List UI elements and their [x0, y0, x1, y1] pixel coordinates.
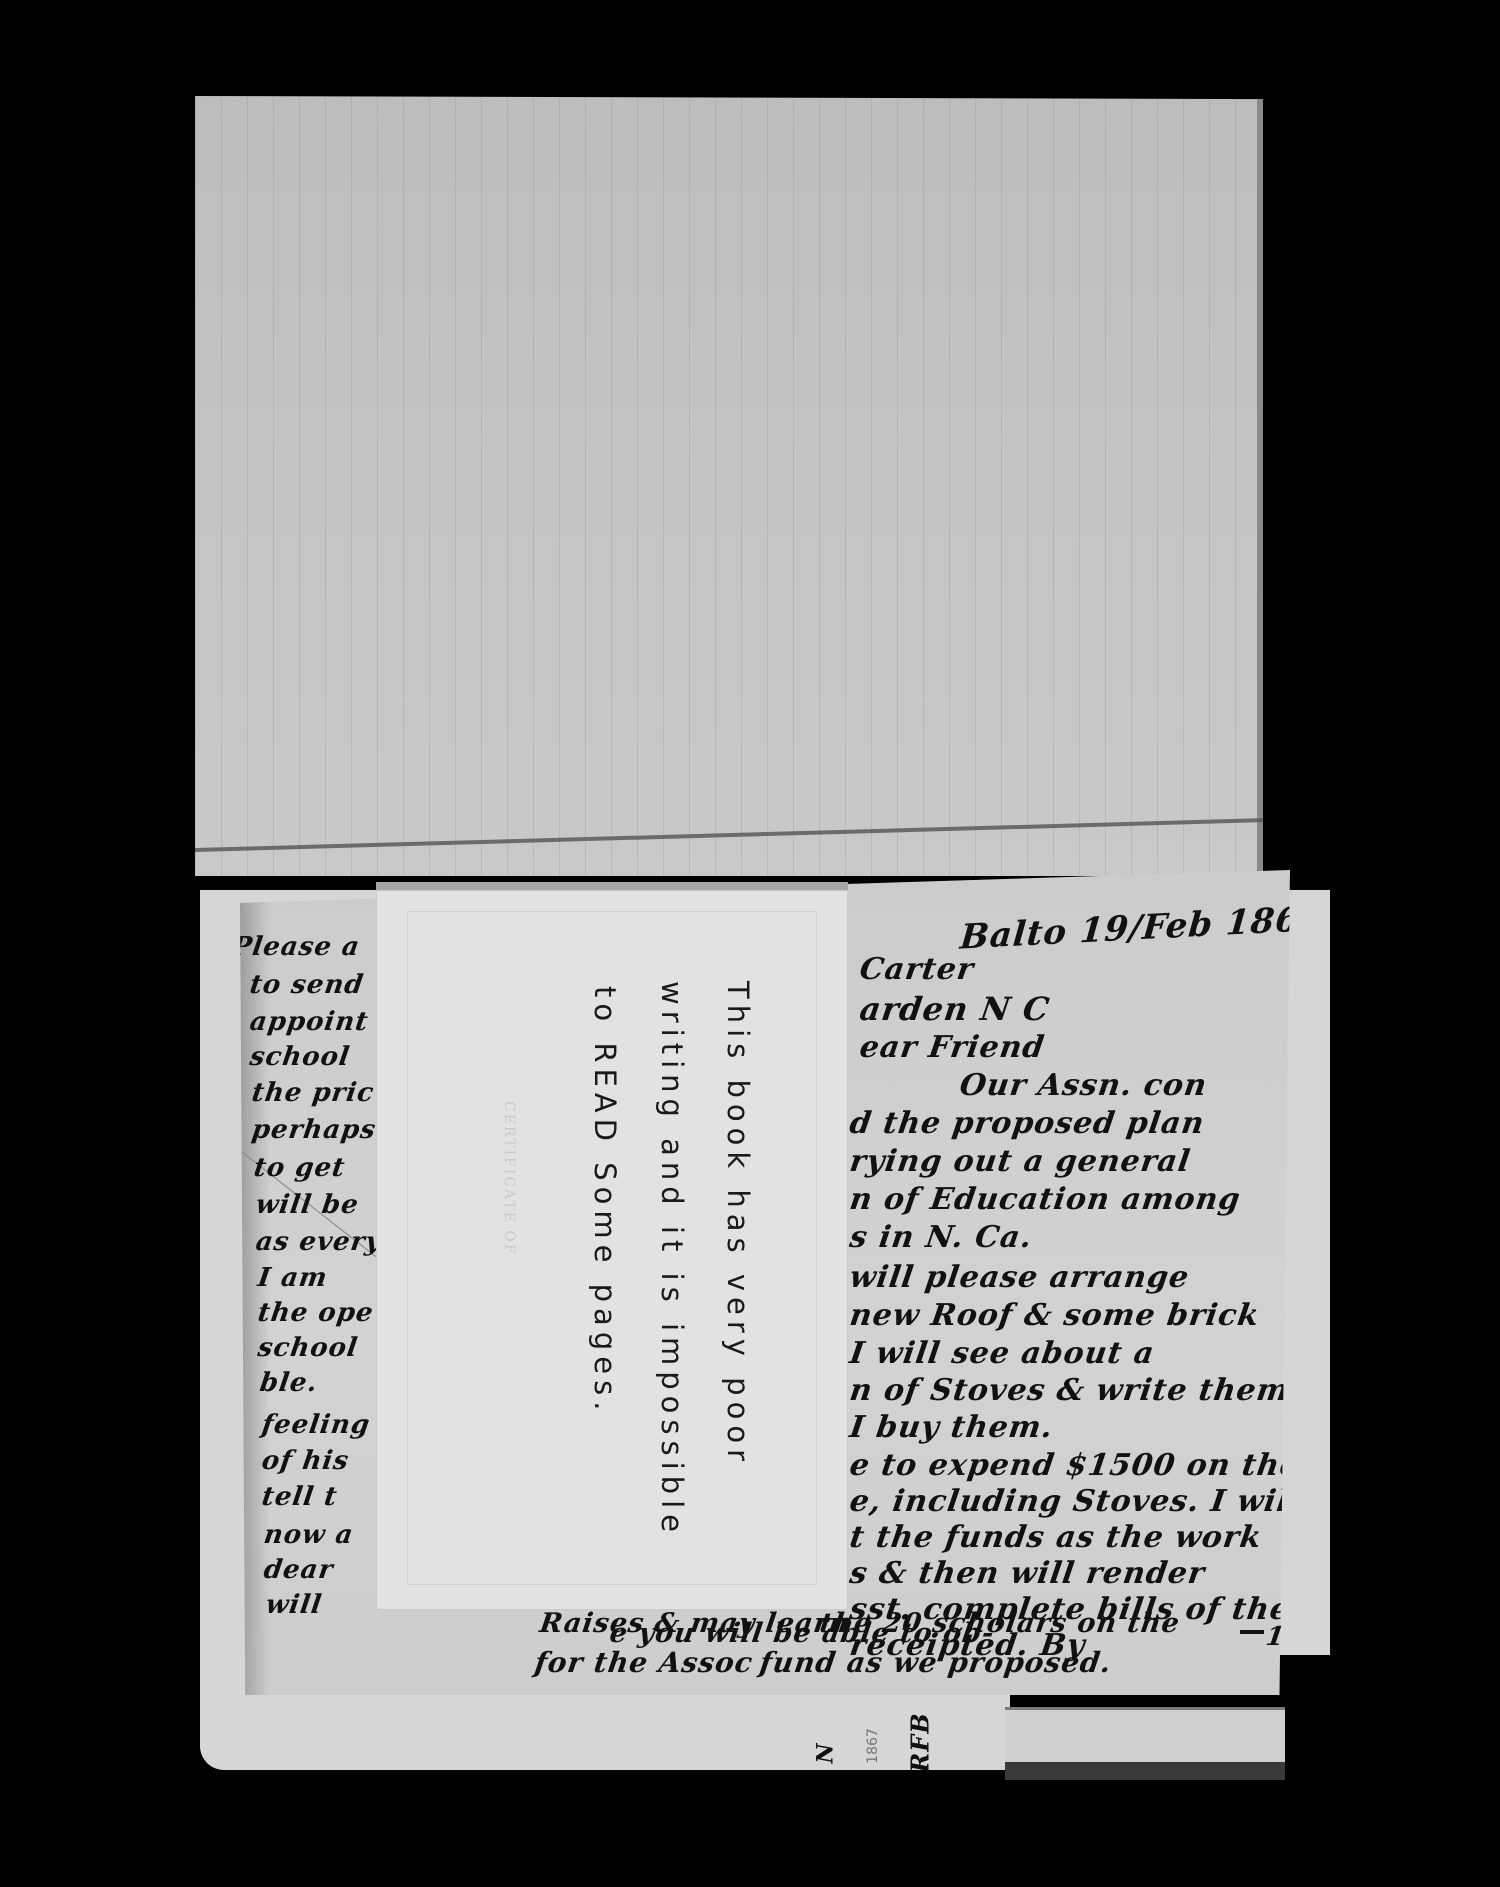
right-line: Our Assn. con [958, 1068, 1210, 1103]
bottom-line: for the Assoc [533, 1646, 756, 1679]
left-line: the ope [256, 1298, 376, 1328]
right-line: e, including Stoves. I will [848, 1484, 1305, 1519]
right-line: rying out a general [848, 1144, 1193, 1179]
folder-mark-b: 1867 [865, 1728, 881, 1764]
show-through-text: CERTIFICATE OF [501, 1101, 517, 1256]
right-line: arden N C [857, 990, 1052, 1028]
left-line: ble. [258, 1368, 320, 1398]
left-line: Please a [230, 932, 362, 962]
note-line-3: to READ Some pages. [588, 986, 622, 1416]
page-number-mark [1240, 1630, 1264, 1634]
dateline: Balto 19/Feb 1868 [958, 898, 1326, 957]
right-line: d the proposed plan [848, 1106, 1207, 1141]
page-edge [1257, 96, 1263, 876]
right-line: e to expend $1500 on the [848, 1448, 1303, 1483]
left-line: dear [262, 1555, 335, 1585]
right-line: ear Friend [858, 1030, 1048, 1065]
left-line: will be [254, 1190, 361, 1220]
right-line: n of Stoves & write them [848, 1373, 1292, 1408]
left-line: perhaps [250, 1115, 378, 1145]
stacked-pages-shadow [1005, 1762, 1285, 1780]
note-line-1: This book has very poor [721, 981, 755, 1467]
right-line: s & then will render [848, 1556, 1208, 1591]
right-line: new Roof & some brick [848, 1298, 1262, 1333]
left-line: as every [254, 1227, 384, 1257]
right-line: the 20 scholars on the [818, 1608, 1182, 1639]
left-line: I am [256, 1263, 330, 1293]
left-line: to send [248, 970, 366, 1000]
right-line: fund as we proposed. [758, 1646, 1114, 1679]
index-card-note: CERTIFICATE OF This book has very poor w… [376, 890, 848, 1610]
left-line: tell t [260, 1482, 340, 1512]
right-line: n of Education among [848, 1182, 1243, 1217]
left-line: now a [262, 1520, 356, 1550]
right-line: t the funds as the work [848, 1520, 1265, 1555]
left-line: school [248, 1042, 352, 1072]
upper-ledger-page [195, 96, 1263, 876]
folder-mark-a: N [813, 1742, 839, 1763]
right-line: I will see about a [848, 1336, 1157, 1371]
left-line: the pric [250, 1078, 376, 1108]
right-line: will please arrange [848, 1260, 1192, 1295]
stacked-pages [1005, 1707, 1285, 1770]
left-line: school [256, 1333, 360, 1363]
left-line: appoint [248, 1007, 371, 1037]
note-line-2: writing and it is impossible [655, 981, 689, 1538]
right-line: s in N. Ca. [848, 1220, 1035, 1255]
left-line: to get [252, 1153, 347, 1183]
left-line: feeling [260, 1410, 372, 1440]
right-line: I buy them. [848, 1410, 1056, 1445]
left-line: of his [260, 1446, 351, 1476]
bottom-line: Raises & may learn [538, 1608, 852, 1639]
left-line: will [264, 1590, 324, 1620]
folder-mark-c: RFB [906, 1712, 935, 1772]
right-line: Carter [858, 952, 977, 987]
